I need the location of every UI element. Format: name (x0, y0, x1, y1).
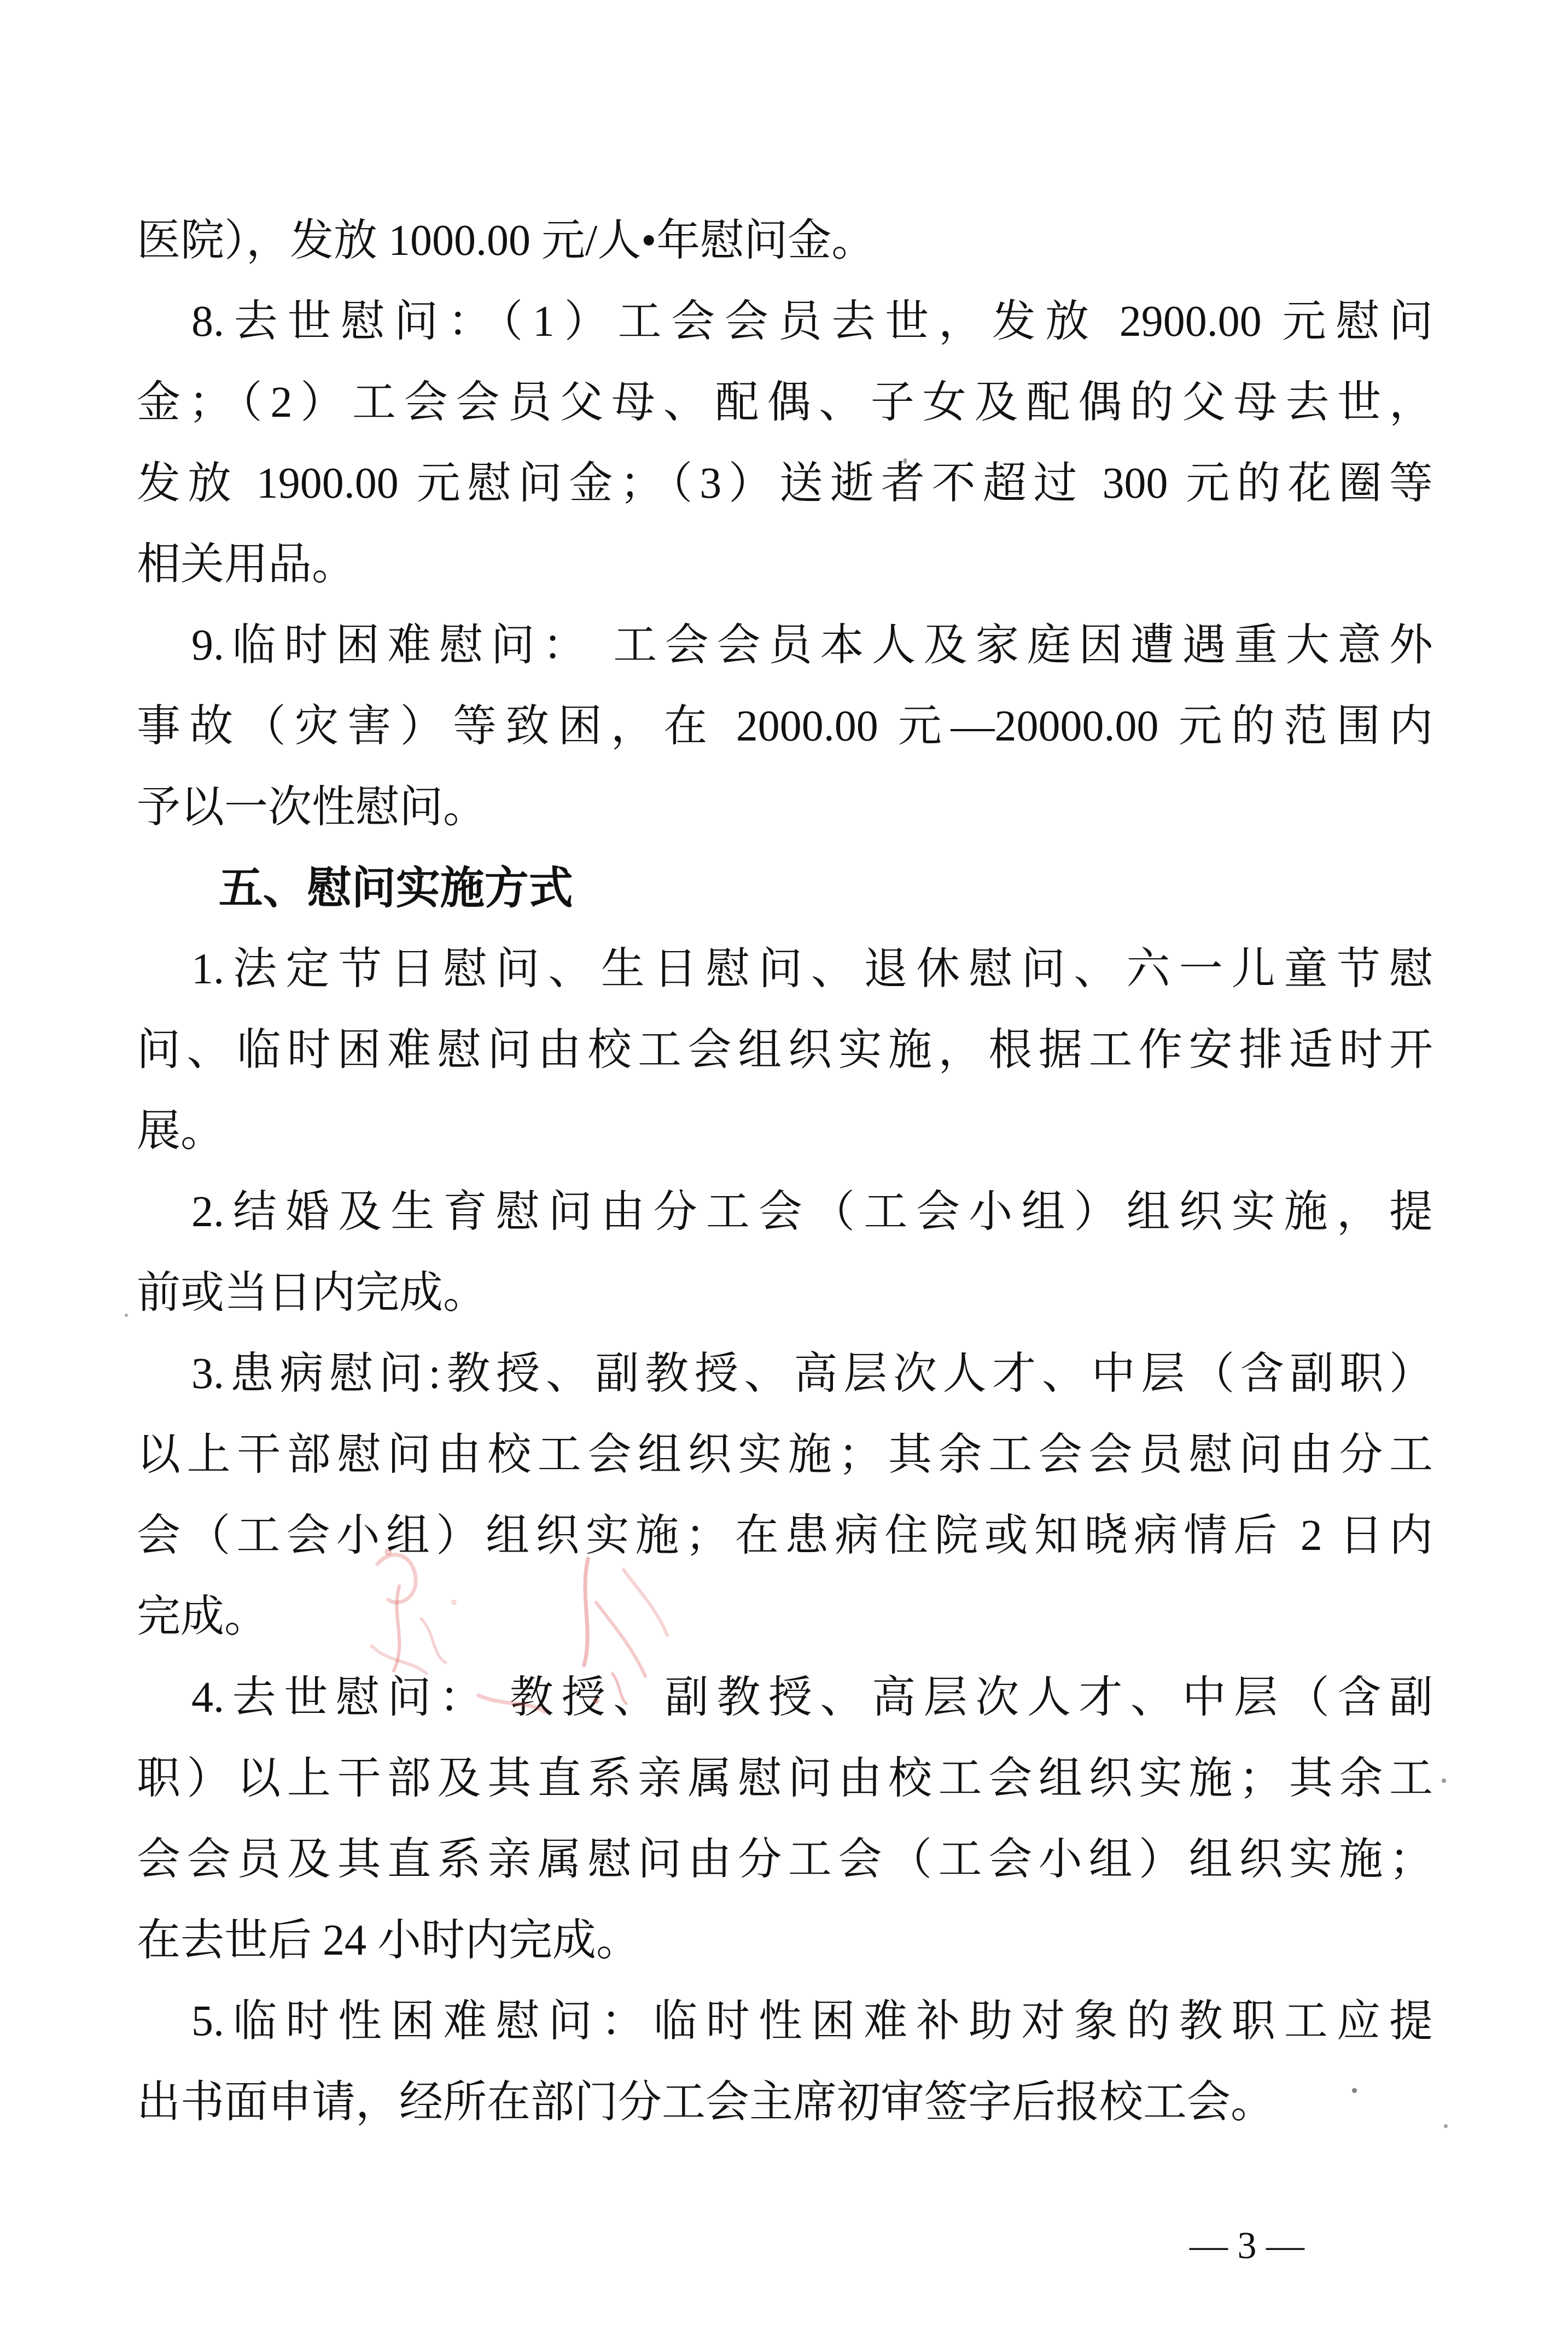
text-line: 会（工会小组）组织实施；在患病住院或知晓病情后 2 日内 (137, 1495, 1433, 1576)
text-line: 金；（2）工会会员父母、配偶、子女及配偶的父母去世， (137, 362, 1433, 443)
scan-speck (1444, 2124, 1448, 2128)
scan-speck (1442, 1779, 1446, 1783)
text-line: 医院），发放 1000.00 元/人•年慰问金。 (137, 200, 1433, 281)
text-line: 在去世后 24 小时内完成。 (137, 1900, 1433, 1981)
text-line: 4.去世慰问： 教授、副教授、高层次人才、中层（含副 (137, 1657, 1433, 1738)
text-line: 职）以上干部及其直系亲属慰问由校工会组织实施；其余工 (137, 1738, 1433, 1819)
text-line: 发放 1900.00 元慰问金；（3）送逝者不超过 300 元的花圈等 (137, 443, 1433, 524)
text-line: 2.结婚及生育慰问由分工会（工会小组）组织实施，提 (137, 1171, 1433, 1252)
text-line: 完成。 (137, 1576, 1433, 1657)
text-line: 予以一次性慰问。 (137, 767, 1433, 848)
scanned-document-page: { "document": { "lines": [ { "text": "医院… (0, 0, 1568, 2332)
text-line: 以上干部慰问由校工会组织实施；其余工会会员慰问由分工 (137, 1414, 1433, 1495)
text-line: 3.患病慰问:教授、副教授、高层次人才、中层（含副职） (137, 1333, 1433, 1414)
scan-speck (1352, 2088, 1357, 2093)
text-line: 出书面申请，经所在部门分工会主席初审签字后报校工会。 (137, 2062, 1433, 2143)
text-line: 5.临时性困难慰问：临时性困难补助对象的教职工应提 (137, 1981, 1433, 2062)
text-line: 1.法定节日慰问、生日慰问、退休慰问、六一儿童节慰 (137, 929, 1433, 1010)
text-line: 问、临时困难慰问由校工会组织实施，根据工作安排适时开 (137, 1010, 1433, 1091)
text-line: 展。 (137, 1091, 1433, 1171)
text-line: 事故（灾害）等致困，在 2000.00 元—20000.00 元的范围内 (137, 686, 1433, 767)
scan-speck (904, 458, 907, 464)
text-line: 8.去世慰问：（1）工会会员去世，发放 2900.00 元慰问 (137, 281, 1433, 362)
text-line: 前或当日内完成。 (137, 1252, 1433, 1333)
scan-speck (125, 1314, 128, 1317)
text-line: 9.临时困难慰问： 工会会员本人及家庭因遭遇重大意外 (137, 605, 1433, 686)
document-body: 医院），发放 1000.00 元/人•年慰问金。 8.去世慰问：（1）工会会员去… (137, 200, 1433, 2143)
text-line: 相关用品。 (137, 524, 1433, 605)
text-line: 会会员及其直系亲属慰问由分工会（工会小组）组织实施； (137, 1819, 1433, 1900)
page-number: — 3 — (1159, 2216, 1334, 2276)
section-heading: 五、慰问实施方式 (137, 848, 1433, 929)
